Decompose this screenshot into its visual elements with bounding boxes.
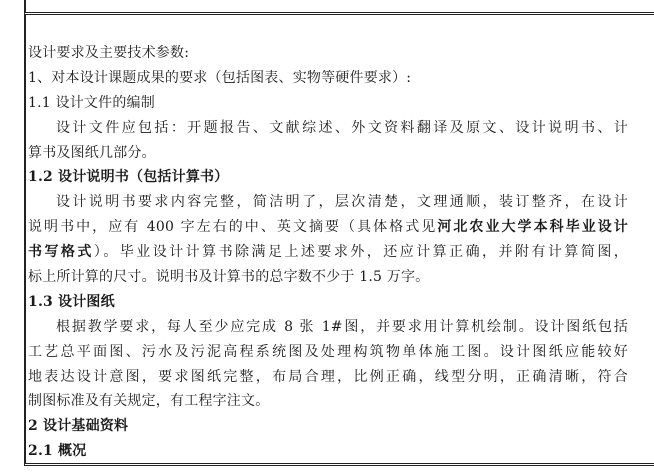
table-cell-above <box>24 0 654 12</box>
paragraph-line: 制图标准及有关规定，有工程字注文。 <box>28 389 628 414</box>
paragraph-line: 算书及图纸几部分。 <box>28 141 628 166</box>
text-run: ）。毕业设计计算书除满足上述要求外，还应计算正确，并附有计算简图， <box>94 244 628 260</box>
subsection-1-3-title: 1.3 设计图纸 <box>28 290 628 315</box>
subsection-1-1-title: 1.1 设计文件的编制 <box>28 91 628 116</box>
paragraph-line: 工艺总平面图、污水及污泥高程系统图及处理构筑物单体施工图。设计图纸应能较好 <box>28 340 628 365</box>
paragraph-line: 根据教学要求，每人至少应完成 8 张 1#图，并要求用计算机绘制。设计图纸包括 <box>28 315 628 340</box>
subsection-2-1-title: 2.1 概况 <box>28 439 628 464</box>
section-heading: 设计要求及主要技术参数: <box>28 41 628 66</box>
paragraph-line: 标上所计算的尺寸。说明书及计算书的总字数不少于 1.5 万字。 <box>28 265 628 290</box>
paragraph-line: 说明书中，应有 400 字左右的中、英文摘要（具体格式见河北农业大学本科毕业设计 <box>28 215 628 240</box>
document-body: 设计要求及主要技术参数: 1、对本设计课题成果的要求（包括图表、实物等硬件要求）… <box>28 41 628 464</box>
paragraph-line: 设计文件应包括：开题报告、文献综述、外文资料翻译及原文、设计说明书、计 <box>28 116 628 141</box>
paragraph-line: 书写格式）。毕业设计计算书除满足上述要求外，还应计算正确，并附有计算简图， <box>28 240 628 265</box>
subsection-1-2-title: 1.2 设计说明书（包括计算书） <box>28 165 628 190</box>
paragraph-line: 地表达设计意图，要求图纸完整，布局合理，比例正确，线型分明，正确清晰，符合 <box>28 365 628 390</box>
paragraph-line: 设计说明书要求内容完整，简洁明了，层次清楚，文理通顺，装订整齐，在设计 <box>28 190 628 215</box>
text-run: 说明书中，应有 400 字左右的中、英文摘要（具体格式见 <box>28 219 437 235</box>
text-run-bold: 河北农业大学本科毕业设计 <box>437 219 628 235</box>
text-run-bold: 书写格式 <box>28 244 94 260</box>
section-1-title: 1、对本设计课题成果的要求（包括图表、实物等硬件要求）: <box>28 66 628 91</box>
section-2-title: 2 设计基础资料 <box>28 414 628 439</box>
